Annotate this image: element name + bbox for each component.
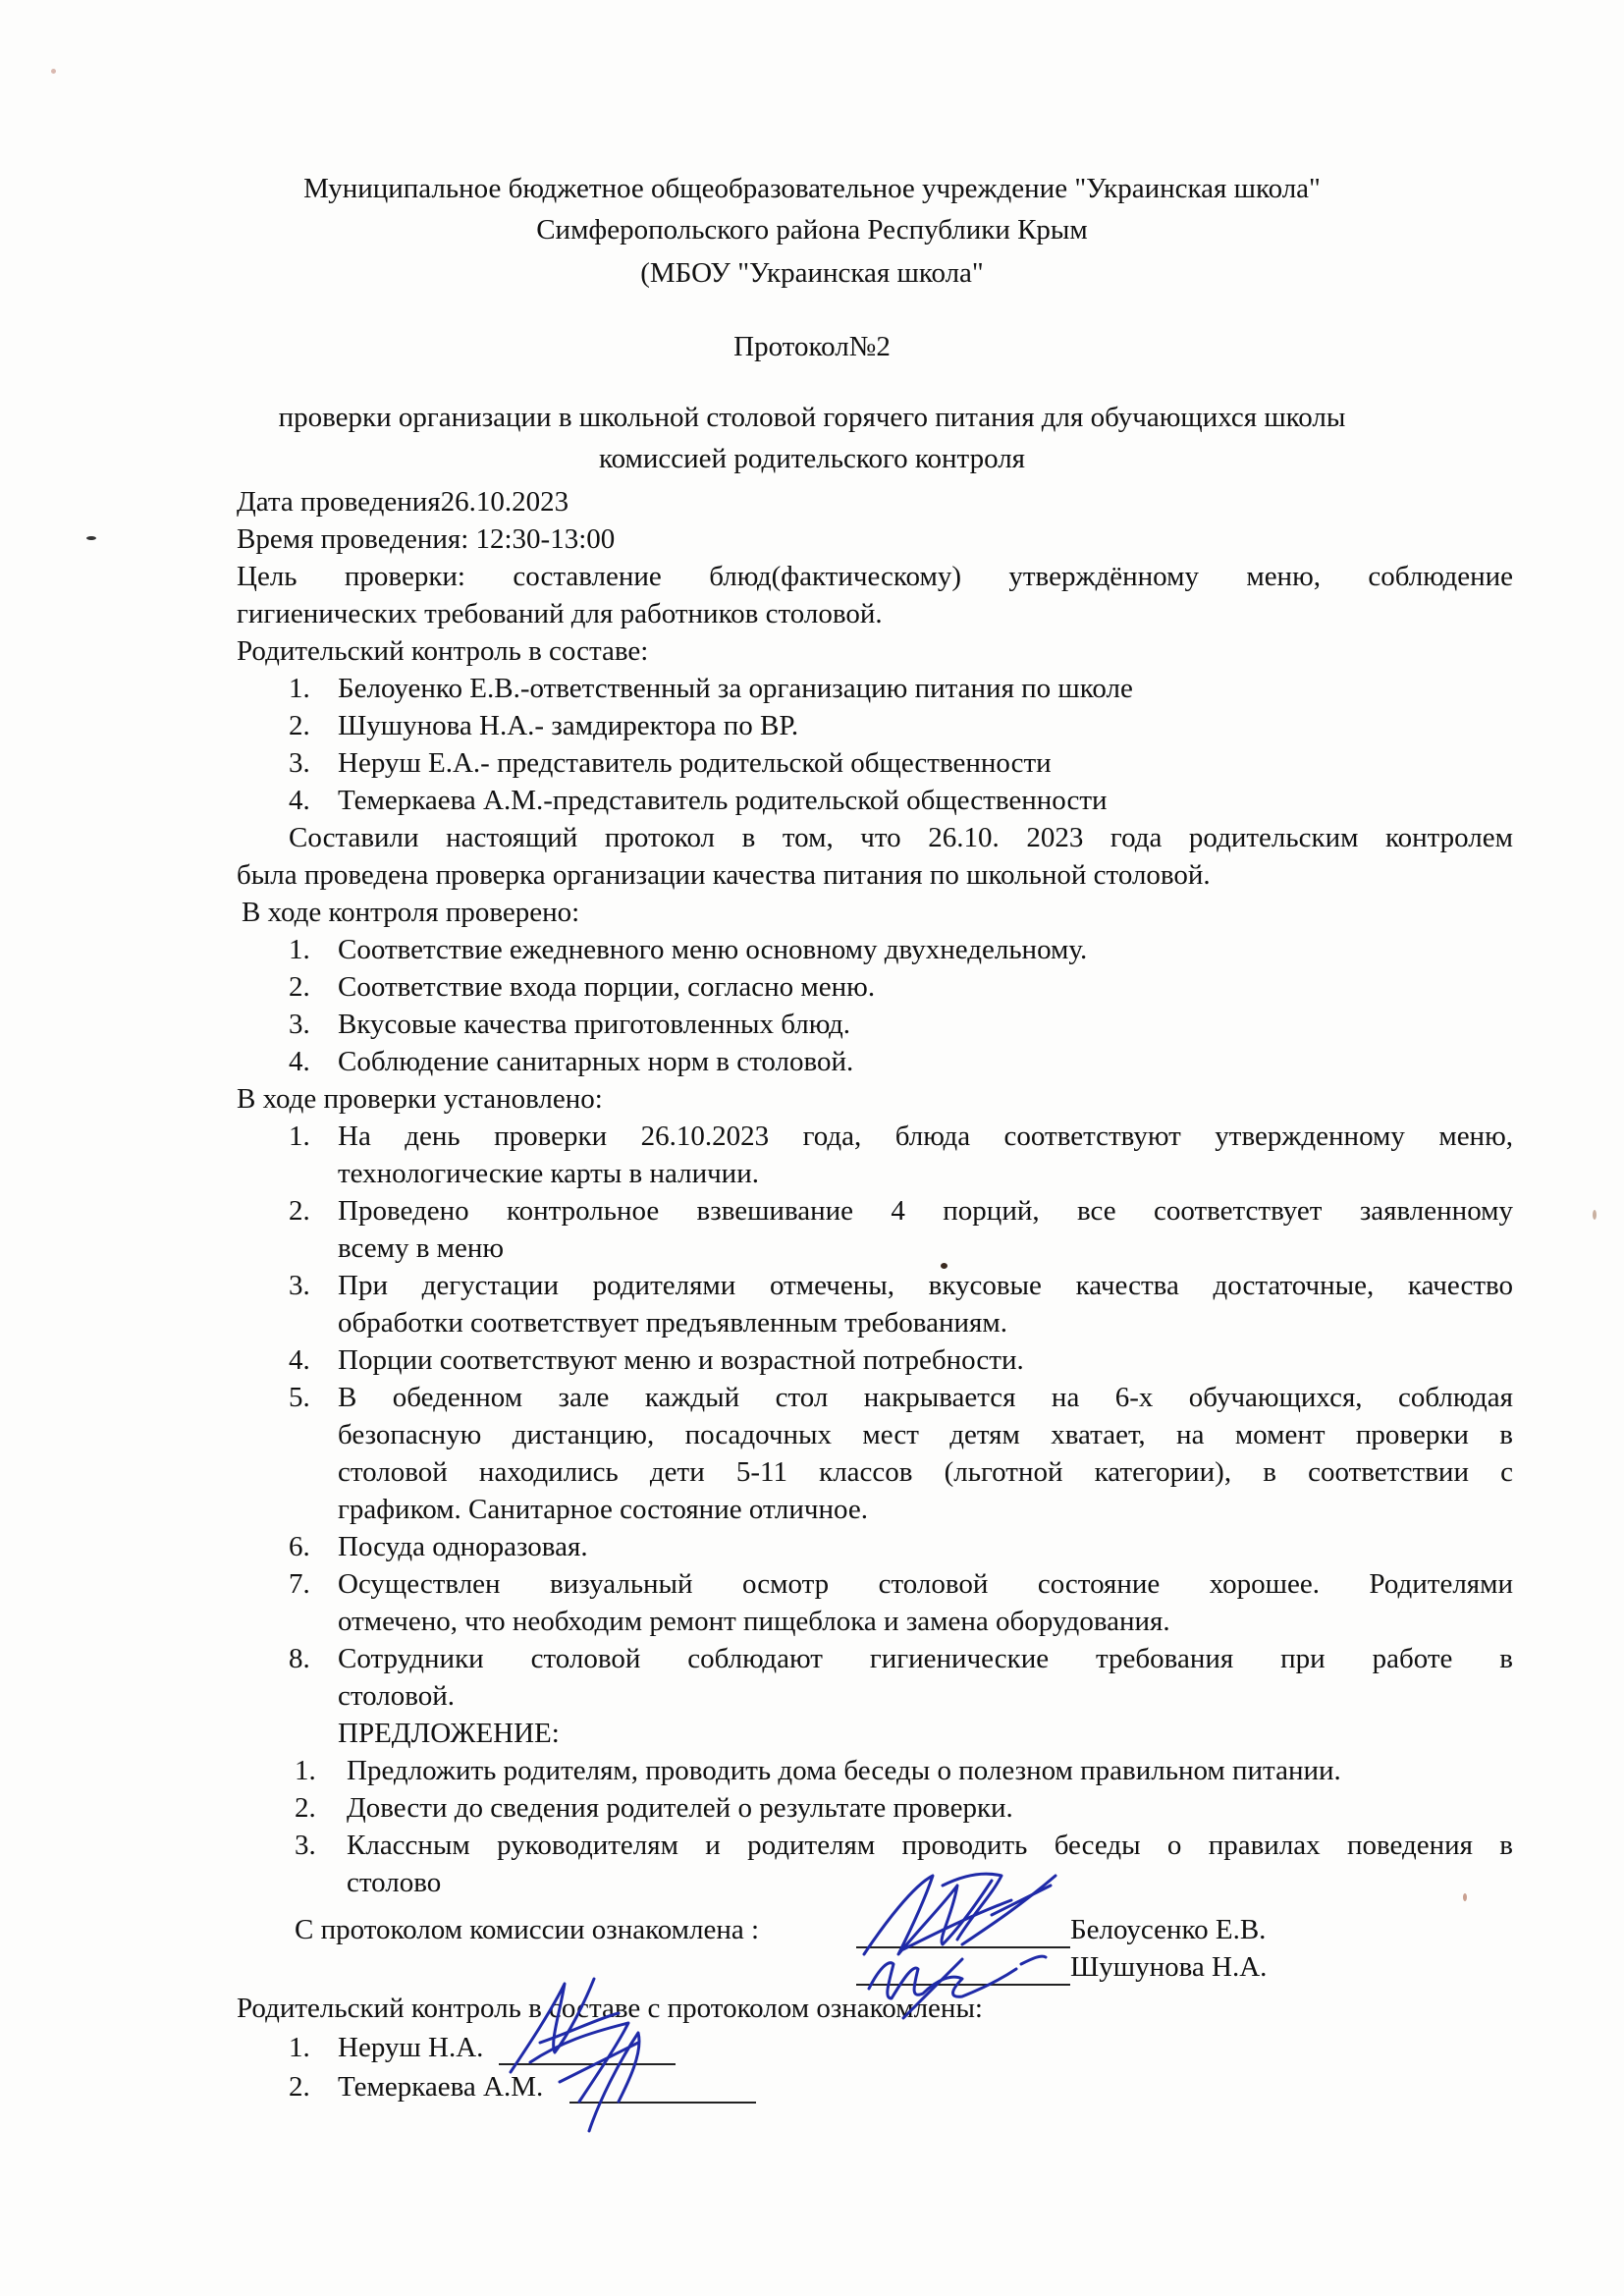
finding-line: Проведено контрольное взвешивание 4 порц… — [338, 1191, 1513, 1230]
document-subtitle-line1: проверки организации в школьной столовой… — [0, 398, 1624, 437]
list-number: 1. — [289, 2028, 310, 2067]
committee-member: Темеркаева А.М.-представитель родительск… — [338, 781, 1108, 820]
list-number: 2. — [289, 967, 310, 1007]
scan-speck — [1593, 1210, 1597, 1220]
parent-signer-name: Неруш Н.А. — [338, 2028, 483, 2067]
inspection-time: Время проведения: 12:30-13:00 — [237, 519, 615, 559]
finding-line: При дегустации родителями отмечены, вкус… — [338, 1266, 1513, 1305]
signer-name: Шушунова Н.А. — [1070, 1947, 1267, 1987]
list-number: 2. — [289, 2067, 310, 2106]
list-number: 3. — [289, 743, 310, 783]
inspection-date: Дата проведения26.10.2023 — [237, 482, 568, 521]
acknowledgement-label: С протоколом комиссии ознакомлена : — [295, 1910, 759, 1949]
proposal-heading: ПРЕДЛОЖЕНИЕ: — [338, 1714, 560, 1753]
list-number: 1. — [289, 669, 310, 708]
scan-speck — [51, 69, 56, 74]
committee-member: Белоуенко Е.В.-ответственный за организа… — [338, 669, 1133, 708]
committee-heading: Родительский контроль в составе: — [237, 631, 648, 671]
list-number: 2. — [289, 1191, 310, 1230]
finding-line: графиком. Санитарное состояние отличное. — [338, 1490, 868, 1529]
list-number: 8. — [289, 1639, 310, 1678]
finding-line: Осуществлен визуальный осмотр столовой с… — [338, 1564, 1513, 1604]
finding-line: В обеденном зале каждый стол накрывается… — [338, 1378, 1513, 1417]
list-number: 1. — [295, 1751, 316, 1790]
scan-speck — [1463, 1893, 1467, 1901]
list-number: 6. — [289, 1527, 310, 1566]
list-number: 1. — [289, 1117, 310, 1156]
finding-line: всему в меню — [338, 1229, 504, 1268]
institution-district: Симферопольского района Республики Крым — [0, 210, 1624, 249]
document-title: Протокол№2 — [0, 327, 1624, 366]
list-number: 3. — [289, 1266, 310, 1305]
list-number: 7. — [289, 1564, 310, 1604]
inspection-goal-line2: гигиенических требований для работников … — [237, 594, 883, 633]
signature-shushunova — [844, 1949, 1100, 2067]
list-number: 3. — [295, 1826, 316, 1865]
list-number: 4. — [289, 1042, 310, 1081]
inspection-goal-line1: Цель проверки: составление блюд(фактичес… — [237, 557, 1513, 596]
institution-name: Муниципальное бюджетное общеобразователь… — [0, 169, 1624, 208]
finding-line: Посуда одноразовая. — [338, 1527, 588, 1566]
committee-member: Шушунова Н.А.- замдиректора по ВР. — [338, 706, 798, 745]
finding-line: отмечено, что необходим ремонт пищеблока… — [338, 1602, 1170, 1641]
proposal-line: Довести до сведения родителей о результа… — [347, 1788, 1013, 1828]
finding-line: технологические карты в наличии. — [338, 1154, 759, 1193]
list-number: 4. — [289, 781, 310, 820]
finding-line: Порции соответствуют меню и возрастной п… — [338, 1340, 1024, 1380]
finding-line: Сотрудники столовой соблюдают гигиеничес… — [338, 1639, 1513, 1678]
finding-line: На день проверки 26.10.2023 года, блюда … — [338, 1117, 1513, 1156]
list-number: 2. — [295, 1788, 316, 1828]
finding-line: безопасную дистанцию, посадочных мест де… — [338, 1415, 1513, 1454]
proposal-line: Предложить родителям, проводить дома бес… — [347, 1751, 1341, 1790]
statement-line2: была проведена проверка организации каче… — [237, 855, 1211, 895]
list-number: 1. — [289, 930, 310, 969]
finding-line: столовой находились дети 5-11 классов (л… — [338, 1452, 1513, 1492]
list-number: 4. — [289, 1340, 310, 1380]
document-subtitle-line2: комиссией родительского контроля — [0, 439, 1624, 478]
checked-item: Соблюдение санитарных норм в столовой. — [338, 1042, 853, 1081]
checked-item: Вкусовые качества приготовленных блюд. — [338, 1005, 850, 1044]
committee-member: Неруш Е.А.- представитель родительской о… — [338, 743, 1052, 783]
findings-heading: В ходе проверки установлено: — [237, 1079, 603, 1119]
checked-item: Соответствие входа порции, согласно меню… — [338, 967, 875, 1007]
scan-speck — [86, 536, 96, 540]
list-number: 3. — [289, 1005, 310, 1044]
statement-line1: Составили настоящий протокол в том, что … — [289, 818, 1513, 857]
document-page: Муниципальное бюджетное общеобразователь… — [0, 0, 1624, 2296]
proposal-line: столово — [347, 1863, 441, 1902]
institution-short-name: (МБОУ "Украинская школа" — [0, 253, 1624, 293]
finding-line: столовой. — [338, 1676, 455, 1716]
checked-heading: В ходе контроля проверено: — [242, 893, 579, 932]
finding-line: обработки соответствует предъявленным тр… — [338, 1303, 1007, 1342]
list-number: 5. — [289, 1378, 310, 1417]
checked-item: Соответствие ежедневного меню основному … — [338, 930, 1087, 969]
list-number: 2. — [289, 706, 310, 745]
signature-parents — [471, 1964, 727, 2151]
